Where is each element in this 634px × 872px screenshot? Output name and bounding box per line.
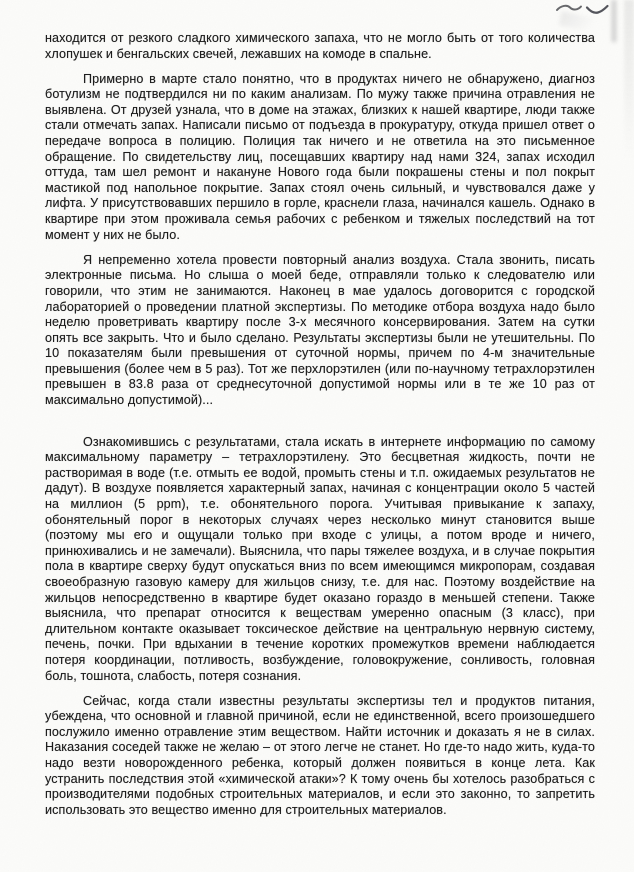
page: находится от резкого сладкого химическог…	[0, 0, 634, 872]
scan-corner-shade	[624, 0, 634, 160]
paragraph-conclusion: Сейчас, когда стали известны результаты …	[45, 694, 595, 819]
paragraph-air-analysis: Я непременно хотела провести повторный а…	[45, 253, 595, 409]
paragraph-continuation: находится от резкого сладкого химическог…	[45, 31, 595, 62]
scan-edge-shadow	[612, 0, 616, 42]
paragraph-tetrachloroethylene-info: Ознакомившись с результатами, стала иска…	[45, 435, 595, 685]
letter-body: находится от резкого сладкого химическог…	[45, 31, 595, 828]
paragraph-investigation: Примерно в марте стало понятно, что в пр…	[45, 72, 595, 244]
